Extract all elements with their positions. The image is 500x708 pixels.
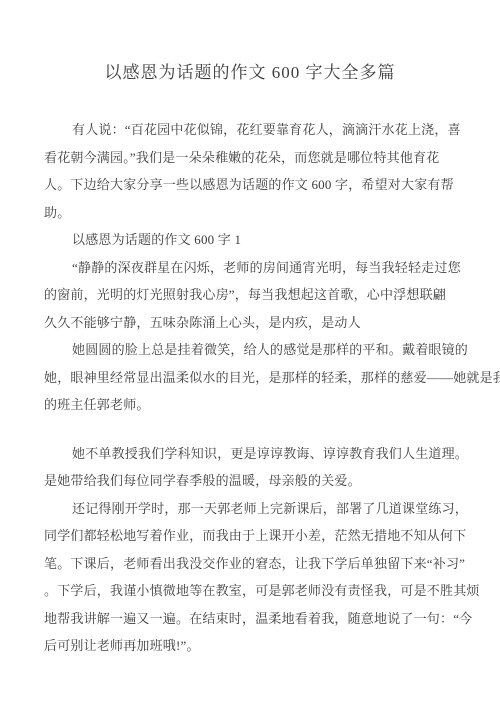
text-line: 同学们都轻松地写着作业，而我由于上课开小差，茫然无措地不知从何下 (44, 522, 456, 550)
text-line: 的窗前，光明的灯光照射我心房”，每当我想起这首歌，心中浮想联翩 (44, 281, 456, 309)
text-line: “静静的深夜群星在闪烁，老师的房间通宵光明，每当我轻轻走过您 (44, 254, 456, 282)
text-line: 地帮我讲解一遍又一遍。在结束时，温柔地看着我，随意地说了一句：“今 (44, 605, 456, 633)
text-line: 她，眼神里经常显出温柔似水的目光，是那样的轻柔，那样的慈爱——她就是我 (44, 364, 456, 392)
text-line: 有人说：“百花园中花似锦，花红要靠育花人，滴滴汗水花上浇，喜 (44, 116, 456, 144)
text-line: 是她带给我们每位同学春季般的温暖，母亲般的关爱。 (44, 467, 456, 495)
paragraph-section-heading: 以感恩为话题的作文 600 字 1 (44, 226, 456, 254)
text-line: 还记得刚开学时，那一天郭老师上完新课后，部署了几道课堂练习， (44, 495, 456, 523)
text-line: 她圆圆的脸上总是挂着微笑，给人的感觉是那样的平和。戴着眼镜的 (44, 336, 456, 364)
paragraph-intro: 有人说：“百花园中花似锦，花红要靠育花人，滴滴汗水花上浇，喜 看花朝今满园。”我… (44, 116, 456, 226)
text-line: 后可别让老师再加班哦!”。 (44, 632, 456, 660)
paragraph-teacher-description: 她圆圆的脸上总是挂着微笑，给人的感觉是那样的平和。戴着眼镜的 她，眼神里经常显出… (44, 336, 456, 419)
paragraph-teaching: 她不单教授我们学科知识，更是谆谆教诲、谆谆教育我们人生道理。 是她带给我们每位同… (44, 440, 456, 495)
page-title: 以感恩为话题的作文 600 字大全多篇 (44, 59, 456, 86)
text-line: 助。 (44, 199, 456, 227)
text-line: 的班主任郭老师。 (44, 391, 456, 419)
text-line: 。下学后，我谨小慎微地等在教室，可是郭老师没有责怪我，可是不胜其烦 (44, 577, 456, 605)
document-page: 以感恩为话题的作文 600 字大全多篇 有人说：“百花园中花似锦，花红要靠育花人… (0, 0, 500, 708)
text-line: 以感恩为话题的作文 600 字 1 (44, 226, 456, 254)
document-content: 以感恩为话题的作文 600 字大全多篇 有人说：“百花园中花似锦，花红要靠育花人… (0, 0, 500, 660)
text-line: 人。下边给大家分享一些以感恩为话题的作文 600 字，希望对大家有帮 (44, 171, 456, 199)
text-line: 她不单教授我们学科知识，更是谆谆教诲、谆谆教育我们人生道理。 (44, 440, 456, 468)
text-line: 久久不能够宁静，五味杂陈涌上心头，是内疚，是动人 (44, 309, 456, 337)
paragraph-story: 还记得刚开学时，那一天郭老师上完新课后，部署了几道课堂练习， 同学们都轻松地写着… (44, 495, 456, 660)
text-line: 看花朝今满园。”我们是一朵朵稚嫩的花朵，而您就是哪位特其他育花 (44, 144, 456, 172)
paragraph-song-quote: “静静的深夜群星在闪烁，老师的房间通宵光明，每当我轻轻走过您 的窗前，光明的灯光… (44, 254, 456, 337)
text-line: 笔。下课后，老师看出我没交作业的窘态，让我下学后单独留下来“补习” (44, 550, 456, 578)
